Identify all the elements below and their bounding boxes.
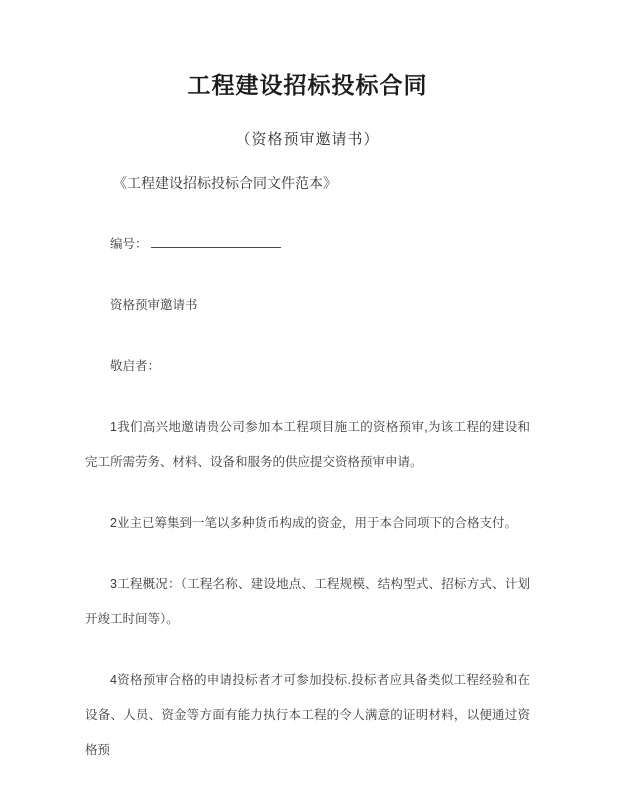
doc-paragraph-3: 3工程概况：（工程名称、建设地点、工程规模、结构型式、招标方式、计划开竣工时间等… bbox=[85, 567, 530, 637]
salutation: 敬启者： bbox=[85, 349, 530, 384]
number-line: 编号： bbox=[85, 227, 530, 262]
doc-paragraph-2: 2业主已筹集到一笔以多种货币构成的资金，用于本合同项下的合格支付。 bbox=[85, 506, 530, 541]
doc-paragraph-4: 4资格预审合格的申请投标者才可参加投标.投标者应具备类似工程经验和在设备、人员、… bbox=[85, 663, 530, 768]
doc-paragraph-1: 1我们高兴地邀请贵公司参加本工程项目施工的资格预审,为该工程的建设和完工所需劳务… bbox=[85, 410, 530, 480]
section-heading: 资格预审邀请书 bbox=[85, 288, 530, 323]
document-page: 工程建设招标投标合同 （资格预审邀请书） 《工程建设招标投标合同文件范本》 编号… bbox=[0, 0, 619, 800]
number-blank-field bbox=[151, 234, 281, 248]
doc-subtitle: （资格预审邀请书） bbox=[85, 130, 530, 150]
template-name-line: 《工程建设招标投标合同文件范本》 bbox=[85, 166, 530, 201]
number-label: 编号： bbox=[110, 237, 148, 251]
page-title: 工程建设招标投标合同 bbox=[85, 70, 530, 100]
